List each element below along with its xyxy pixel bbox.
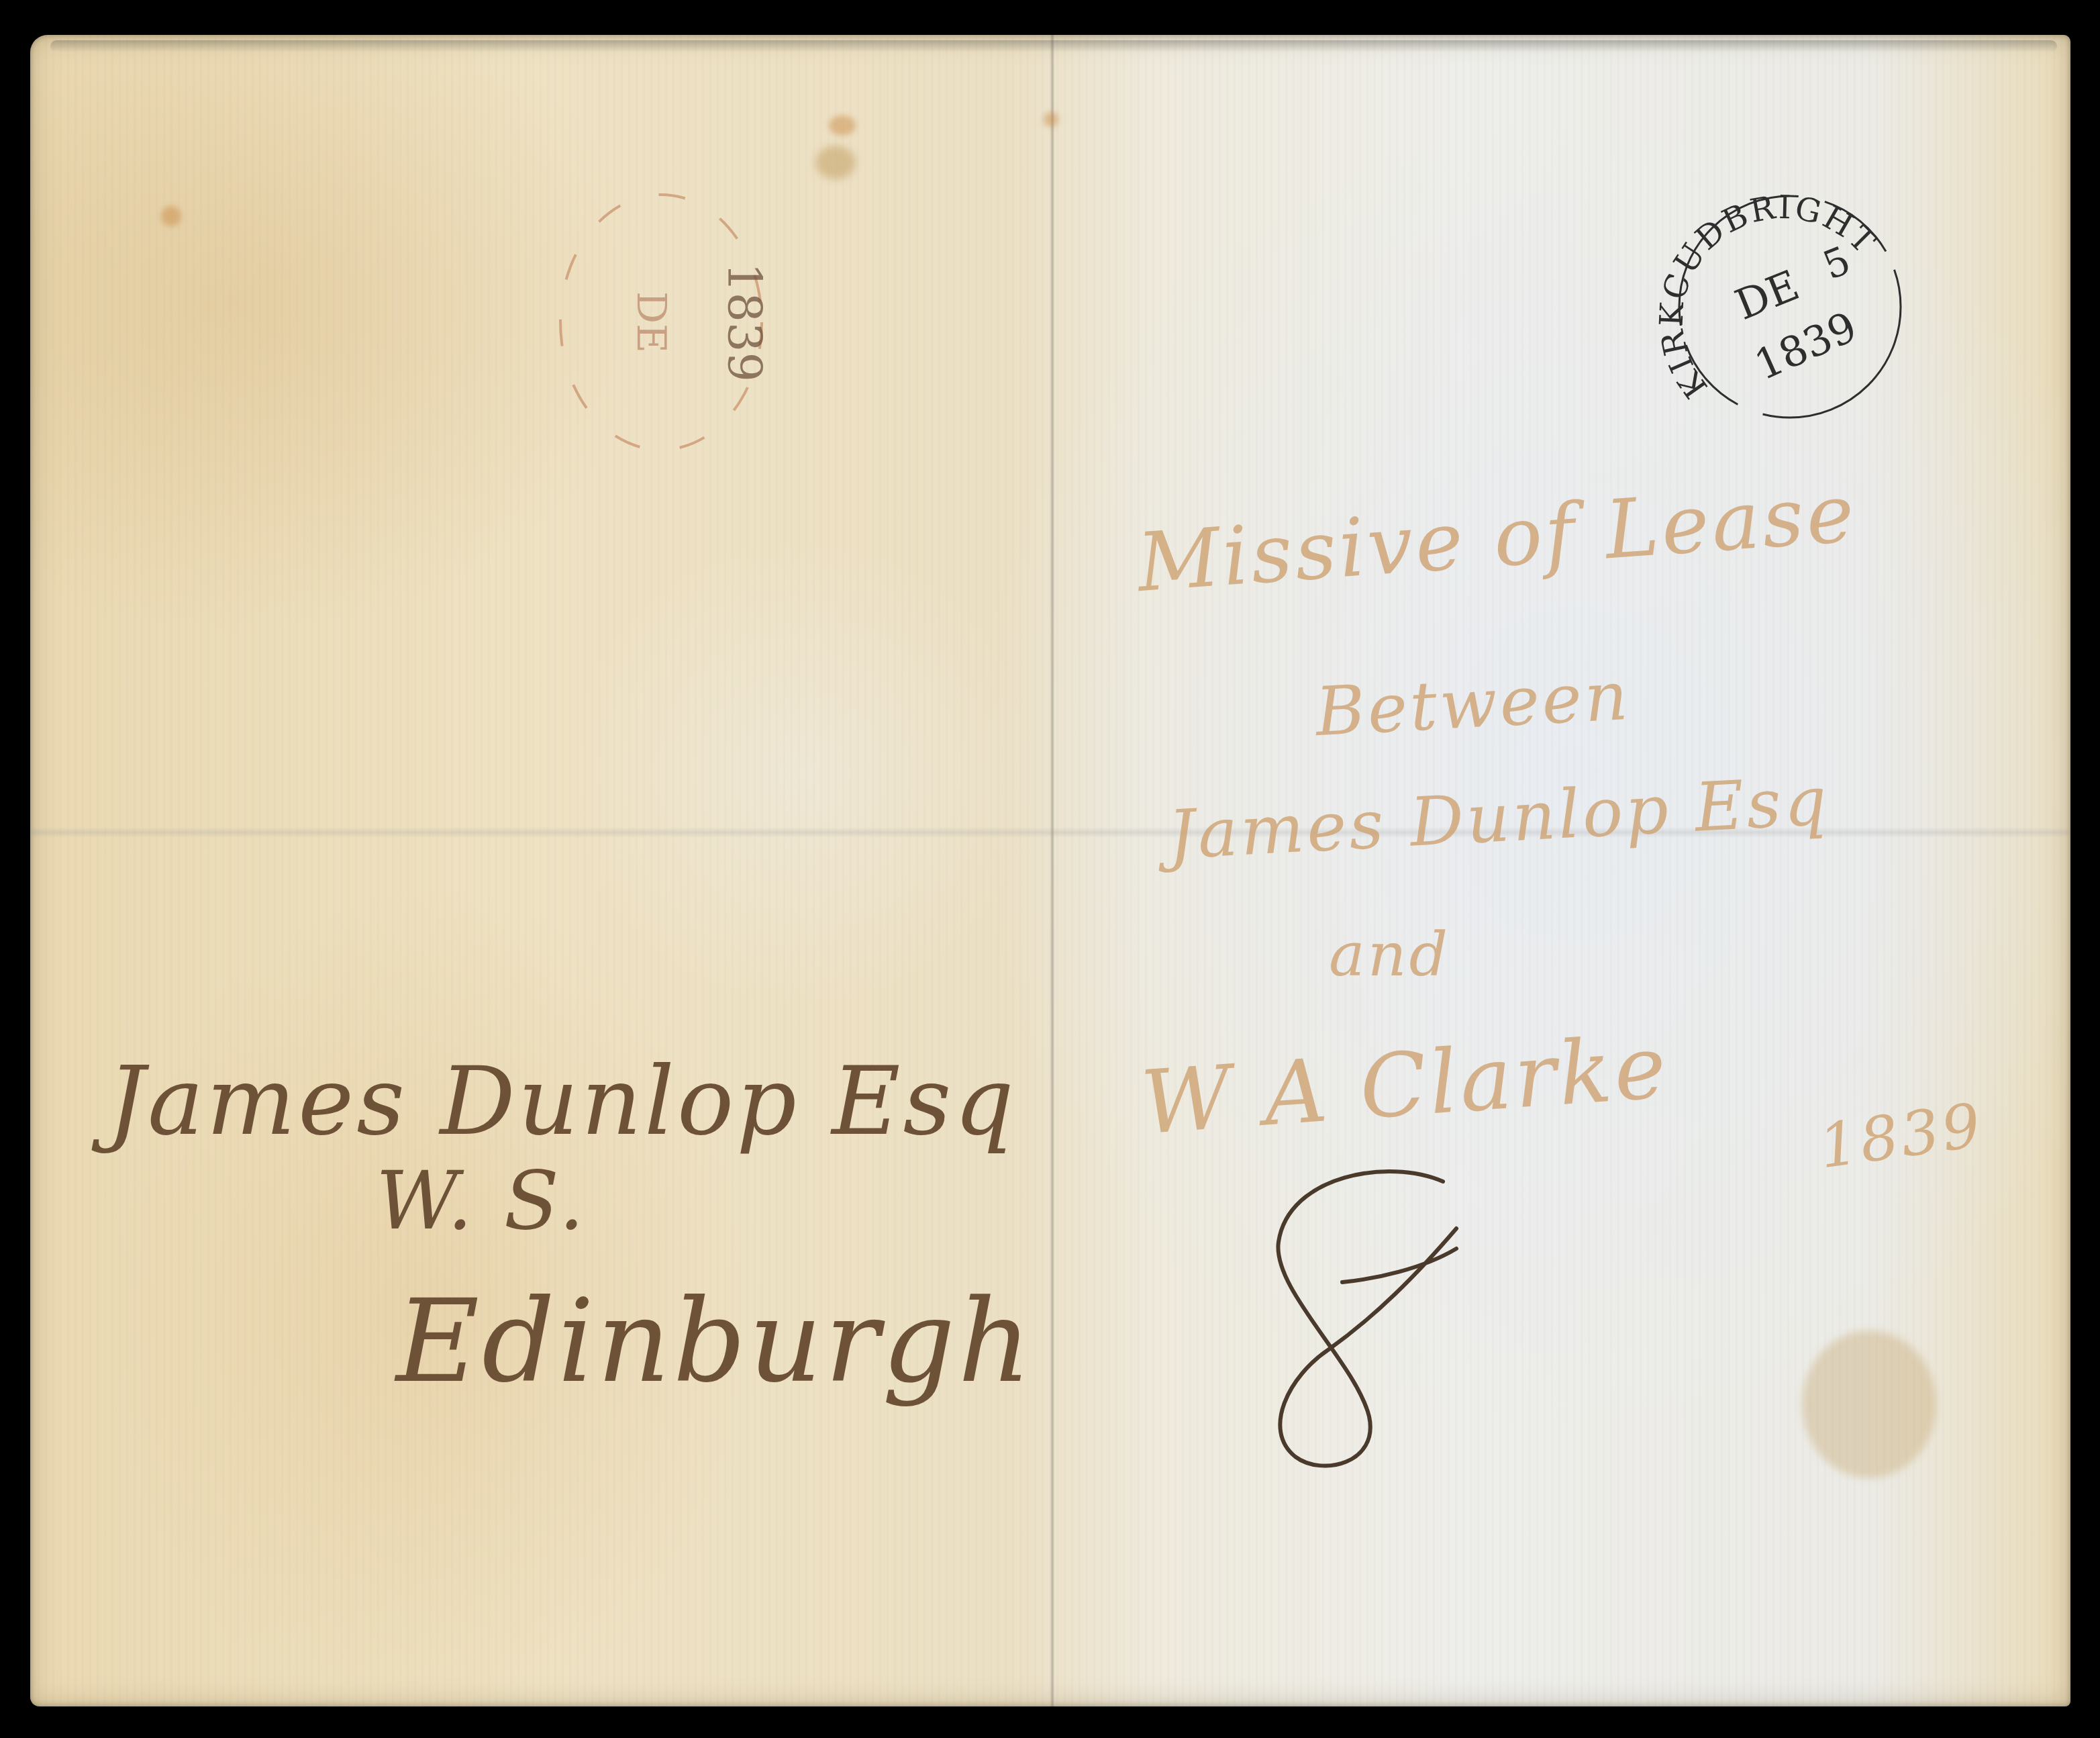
backstamp-date: DE xyxy=(628,291,674,353)
kirkcudbright-postmark: KIRKCUDBRIGHT DE 5 1839 xyxy=(1669,186,1911,428)
vertical-fold-crease xyxy=(1050,35,1054,1706)
foxing-spot xyxy=(1044,112,1058,127)
postage-rate-manuscript: 8 xyxy=(1221,1161,1463,1484)
water-stain xyxy=(815,146,856,179)
address-title: W. S. xyxy=(376,1155,587,1248)
address-city: Edinburgh xyxy=(396,1275,1034,1408)
docket-and: and xyxy=(1329,920,1450,990)
foxing-spot xyxy=(161,206,181,226)
postmark-month: DE xyxy=(1728,260,1805,330)
foxing-spot xyxy=(829,115,856,136)
backstamp-transfer: 1839 DE xyxy=(537,181,785,463)
docket-between: Between xyxy=(1313,657,1632,751)
water-stain xyxy=(1802,1331,1936,1478)
address-name: James Dunlop Esq xyxy=(107,1047,1017,1157)
postage-rate-value: 8 xyxy=(1221,1161,1222,1162)
backstamp-year: 1839 xyxy=(717,262,772,382)
